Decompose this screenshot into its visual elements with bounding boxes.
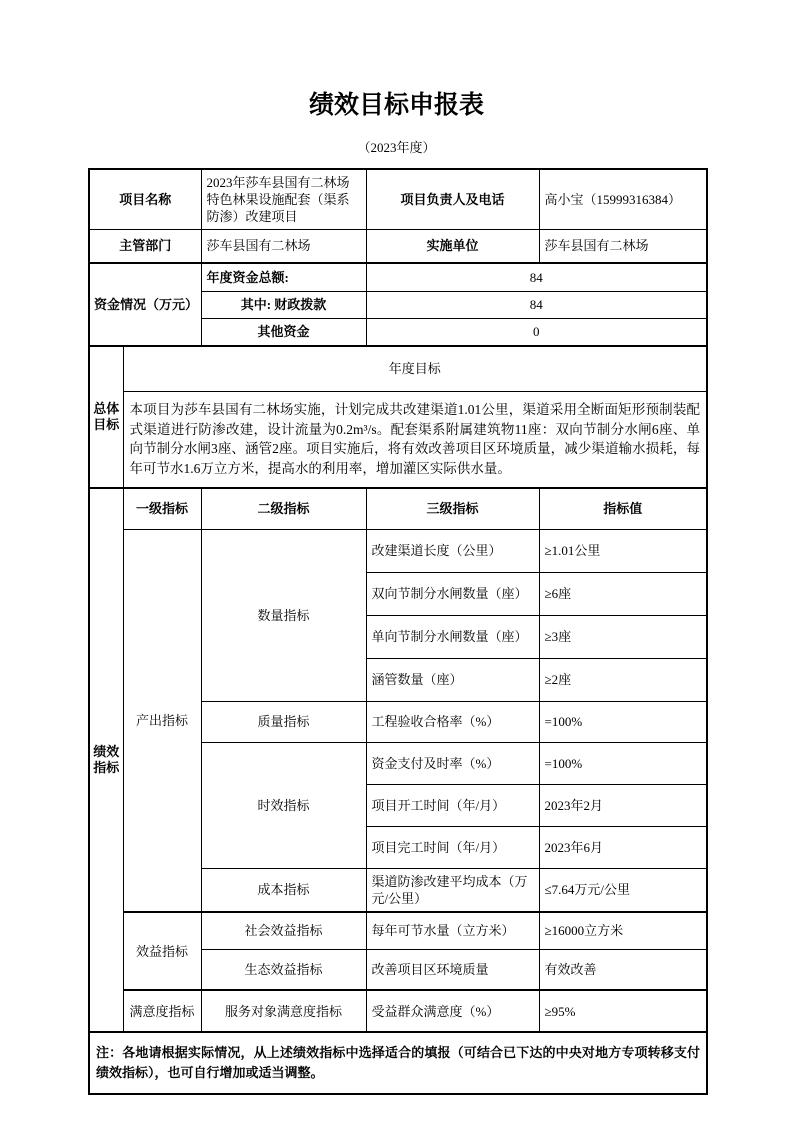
funds-fiscal-value: 84 (366, 291, 707, 318)
indicator-name: 项目开工时间（年/月） (366, 784, 539, 826)
level2-quality: 质量指标 (201, 701, 366, 742)
indicator-value: 2023年2月 (539, 784, 707, 826)
indicator-value: ≥95% (539, 990, 707, 1032)
indicator-name: 双向节制分水闸数量（座） (366, 572, 539, 615)
level2-quantity: 数量指标 (201, 529, 366, 701)
indicator-name: 资金支付及时率（%） (366, 742, 539, 784)
header-level1: 一级指标 (123, 488, 201, 529)
dept-label: 主管部门 (89, 229, 201, 263)
indicator-name: 渠道防渗改建平均成本（万元/公里） (366, 868, 539, 912)
page-title: 绩效目标申报表 (0, 0, 793, 121)
overall-goal-label: 总体目标 (89, 346, 123, 488)
funds-total-label: 年度资金总额: (201, 263, 366, 291)
indicator-value: ≤7.64万元/公里 (539, 868, 707, 912)
footnote: 注：各地请根据实际情况，从上述绩效指标中选择适合的填报（可结合已下达的中央对地方… (89, 1032, 707, 1094)
table-row: 产出指标 数量指标 改建渠道长度（公里） ≥1.01公里 (89, 529, 707, 572)
level1-satisfaction: 满意度指标 (123, 990, 201, 1032)
header-level3: 三级指标 (366, 488, 539, 529)
level2-eco-benefit: 生态效益指标 (201, 949, 366, 990)
project-name-value: 2023年莎车县国有二林场特色林果设施配套（渠系防渗）改建项目 (201, 169, 366, 229)
level1-output: 产出指标 (123, 529, 201, 912)
indicator-name: 受益群众满意度（%） (366, 990, 539, 1032)
indicator-value: ≥3座 (539, 615, 707, 658)
indicator-value: =100% (539, 742, 707, 784)
funds-other-value: 0 (366, 318, 707, 346)
dept-value: 莎车县国有二林场 (201, 229, 366, 263)
indicator-name: 单向节制分水闸数量（座） (366, 615, 539, 658)
manager-value: 高小宝（15999316384） (539, 169, 707, 229)
indicator-name: 项目完工时间（年/月） (366, 826, 539, 868)
indicator-value: ≥6座 (539, 572, 707, 615)
table-row: 满意度指标 服务对象满意度指标 受益群众满意度（%） ≥95% (89, 990, 707, 1032)
level2-service-satisfaction: 服务对象满意度指标 (201, 990, 366, 1032)
indicator-name: 改善项目区环境质量 (366, 949, 539, 990)
level2-cost: 成本指标 (201, 868, 366, 912)
project-name-label: 项目名称 (89, 169, 201, 229)
declaration-table: 项目名称 2023年莎车县国有二林场特色林果设施配套（渠系防渗）改建项目 项目负… (88, 168, 708, 1095)
level2-timeliness: 时效指标 (201, 742, 366, 868)
funds-other-label: 其他资金 (201, 318, 366, 346)
indicator-value: 2023年6月 (539, 826, 707, 868)
impl-value: 莎车县国有二林场 (539, 229, 707, 263)
indicator-value: =100% (539, 701, 707, 742)
page-subtitle: （2023年度） (0, 140, 793, 156)
table-row: 效益指标 社会效益指标 每年可节水量（立方米） ≥16000立方米 (89, 912, 707, 949)
header-level2: 二级指标 (201, 488, 366, 529)
manager-label: 项目负责人及电话 (366, 169, 539, 229)
annual-goal-header: 年度目标 (123, 346, 707, 391)
funds-label: 资金情况（万元） (89, 263, 201, 346)
indicator-value: 有效改善 (539, 949, 707, 990)
indicator-name: 工程验收合格率（%） (366, 701, 539, 742)
header-value: 指标值 (539, 488, 707, 529)
indicator-value: ≥1.01公里 (539, 529, 707, 572)
level2-social-benefit: 社会效益指标 (201, 912, 366, 949)
funds-fiscal-label: 其中: 财政拨款 (201, 291, 366, 318)
indicator-value: ≥2座 (539, 658, 707, 701)
impl-label: 实施单位 (366, 229, 539, 263)
performance-indicators-label: 绩效指标 (89, 488, 123, 1032)
funds-total-value: 84 (366, 263, 707, 291)
indicator-name: 改建渠道长度（公里） (366, 529, 539, 572)
level1-benefit: 效益指标 (123, 912, 201, 990)
annual-goal-content: 本项目为莎车县国有二林场实施，计划完成共改建渠道1.01公里，渠道采用全断面矩形… (123, 391, 707, 488)
indicator-value: ≥16000立方米 (539, 912, 707, 949)
indicator-name: 涵管数量（座） (366, 658, 539, 701)
indicator-name: 每年可节水量（立方米） (366, 912, 539, 949)
